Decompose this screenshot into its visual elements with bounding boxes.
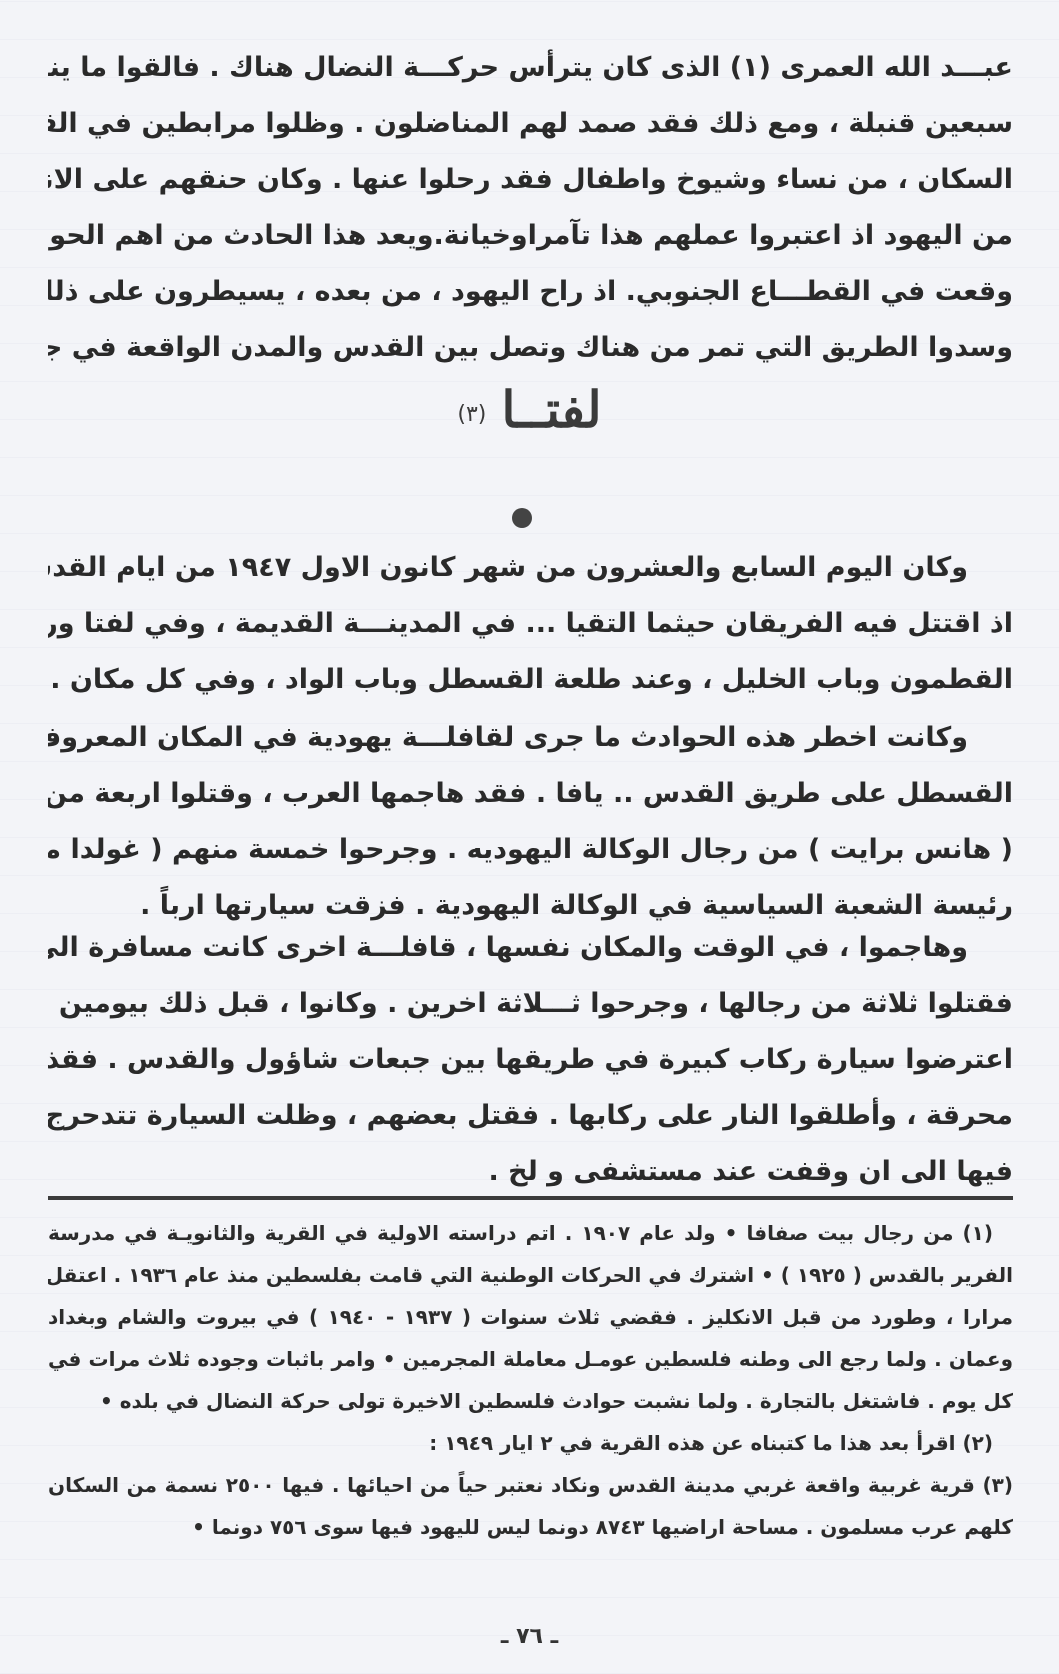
paragraph-2: وكانت اخطر هذه الحوادث ما جرى لقافلـــة … [48, 710, 1013, 934]
text-line: من اليهود اذ اعتبروا عملهم هذا تآمراوخيا… [48, 208, 1013, 264]
footnote-line: (١) من رجال بيت صفافا • ولد عام ١٩٠٧ . ا… [48, 1212, 1013, 1254]
bullet-ornament-icon [512, 508, 532, 528]
footnote-line: مرارا ، وطورد من قبل الانكليز . فقضي ثلا… [48, 1296, 1013, 1338]
text-line: القسطل على طريق القدس .. يافا . فقد هاجم… [48, 766, 1013, 822]
section-heading: لفتــا (٣) [0, 380, 1059, 439]
paragraph-3: وهاجموا ، في الوقت والمكان نفسها ، قافلـ… [48, 920, 1013, 1200]
text-line: وهاجموا ، في الوقت والمكان نفسها ، قافلـ… [48, 920, 1013, 976]
text-line: محرقة ، وأطلقوا النار على ركابها . فقتل … [48, 1088, 1013, 1144]
text-line: ( هانس برايت ) من رجال الوكالة اليهوديه … [48, 822, 1013, 878]
footnote-2: (٢) اقرأ بعد هذا ما كتبناه عن هذه القرية… [48, 1422, 1013, 1464]
footnote-3: (٣) قرية غربية واقعة غربي مدينة القدس ون… [48, 1464, 1013, 1548]
footnote-line: الفرير بالقدس ( ١٩٢٥ ) • اشترك في الحركا… [48, 1254, 1013, 1296]
text-line: اذ اقتتل فيه الفريقان حيثما التقيا ... ف… [48, 596, 1013, 652]
text-line: عبـــد الله العمرى (١) الذى كان يترأس حر… [48, 40, 1013, 96]
text-line: فقتلوا ثلاثة من رجالها ، وجرحوا ثـــلاثة… [48, 976, 1013, 1032]
scanned-book-page: عبـــد الله العمرى (١) الذى كان يترأس حر… [0, 0, 1059, 1674]
text-line: القطمون وباب الخليل ، وعند طلعة القسطل و… [48, 652, 1013, 708]
footnotes: (١) من رجال بيت صفافا • ولد عام ١٩٠٧ . ا… [48, 1212, 1013, 1548]
footnote-line: كل يوم . فاشتغل بالتجارة . ولما نشبت حوا… [48, 1380, 1013, 1422]
text-line: السكان ، من نساء وشيوخ واطفال فقد رحلوا … [48, 152, 1013, 208]
footnote-line: (٣) قرية غربية واقعة غربي مدينة القدس ون… [48, 1464, 1013, 1506]
text-line: اعترضوا سيارة ركاب كبيرة في طريقها بين ج… [48, 1032, 1013, 1088]
footnote-line: كلهم عرب مسلمون . مساحة اراضيها ٨٧٤٣ دون… [48, 1506, 1013, 1548]
text-line: فيها الى ان وقفت عند مستشفى و لخ . [48, 1144, 1013, 1200]
text-line: وكان اليوم السابع والعشرون من شهر كانون … [48, 540, 1013, 596]
text-line: وسدوا الطريق التي تمر من هناك وتصل بين ا… [48, 320, 1013, 376]
page-number: ـ ٧٦ ـ [0, 1624, 1059, 1649]
footnote-1: (١) من رجال بيت صفافا • ولد عام ١٩٠٧ . ا… [48, 1212, 1013, 1422]
section-title: لفتــا [501, 380, 601, 439]
text-line: سبعين قنبلة ، ومع ذلك فقد صمد لهم المناض… [48, 96, 1013, 152]
footnote-line: وعمان . ولما رجع الى وطنه فلسطين عومـل م… [48, 1338, 1013, 1380]
top-paragraph: عبـــد الله العمرى (١) الذى كان يترأس حر… [48, 40, 1013, 376]
paragraph-1: وكان اليوم السابع والعشرون من شهر كانون … [48, 540, 1013, 708]
text-line: وقعت في القطـــاع الجنوبي. اذ راح اليهود… [48, 264, 1013, 320]
text-line: وكانت اخطر هذه الحوادث ما جرى لقافلـــة … [48, 710, 1013, 766]
footnote-reference: (٣) [457, 402, 486, 427]
footnote-divider [48, 1196, 1013, 1200]
footnote-line: (٢) اقرأ بعد هذا ما كتبناه عن هذه القرية… [48, 1422, 1013, 1464]
